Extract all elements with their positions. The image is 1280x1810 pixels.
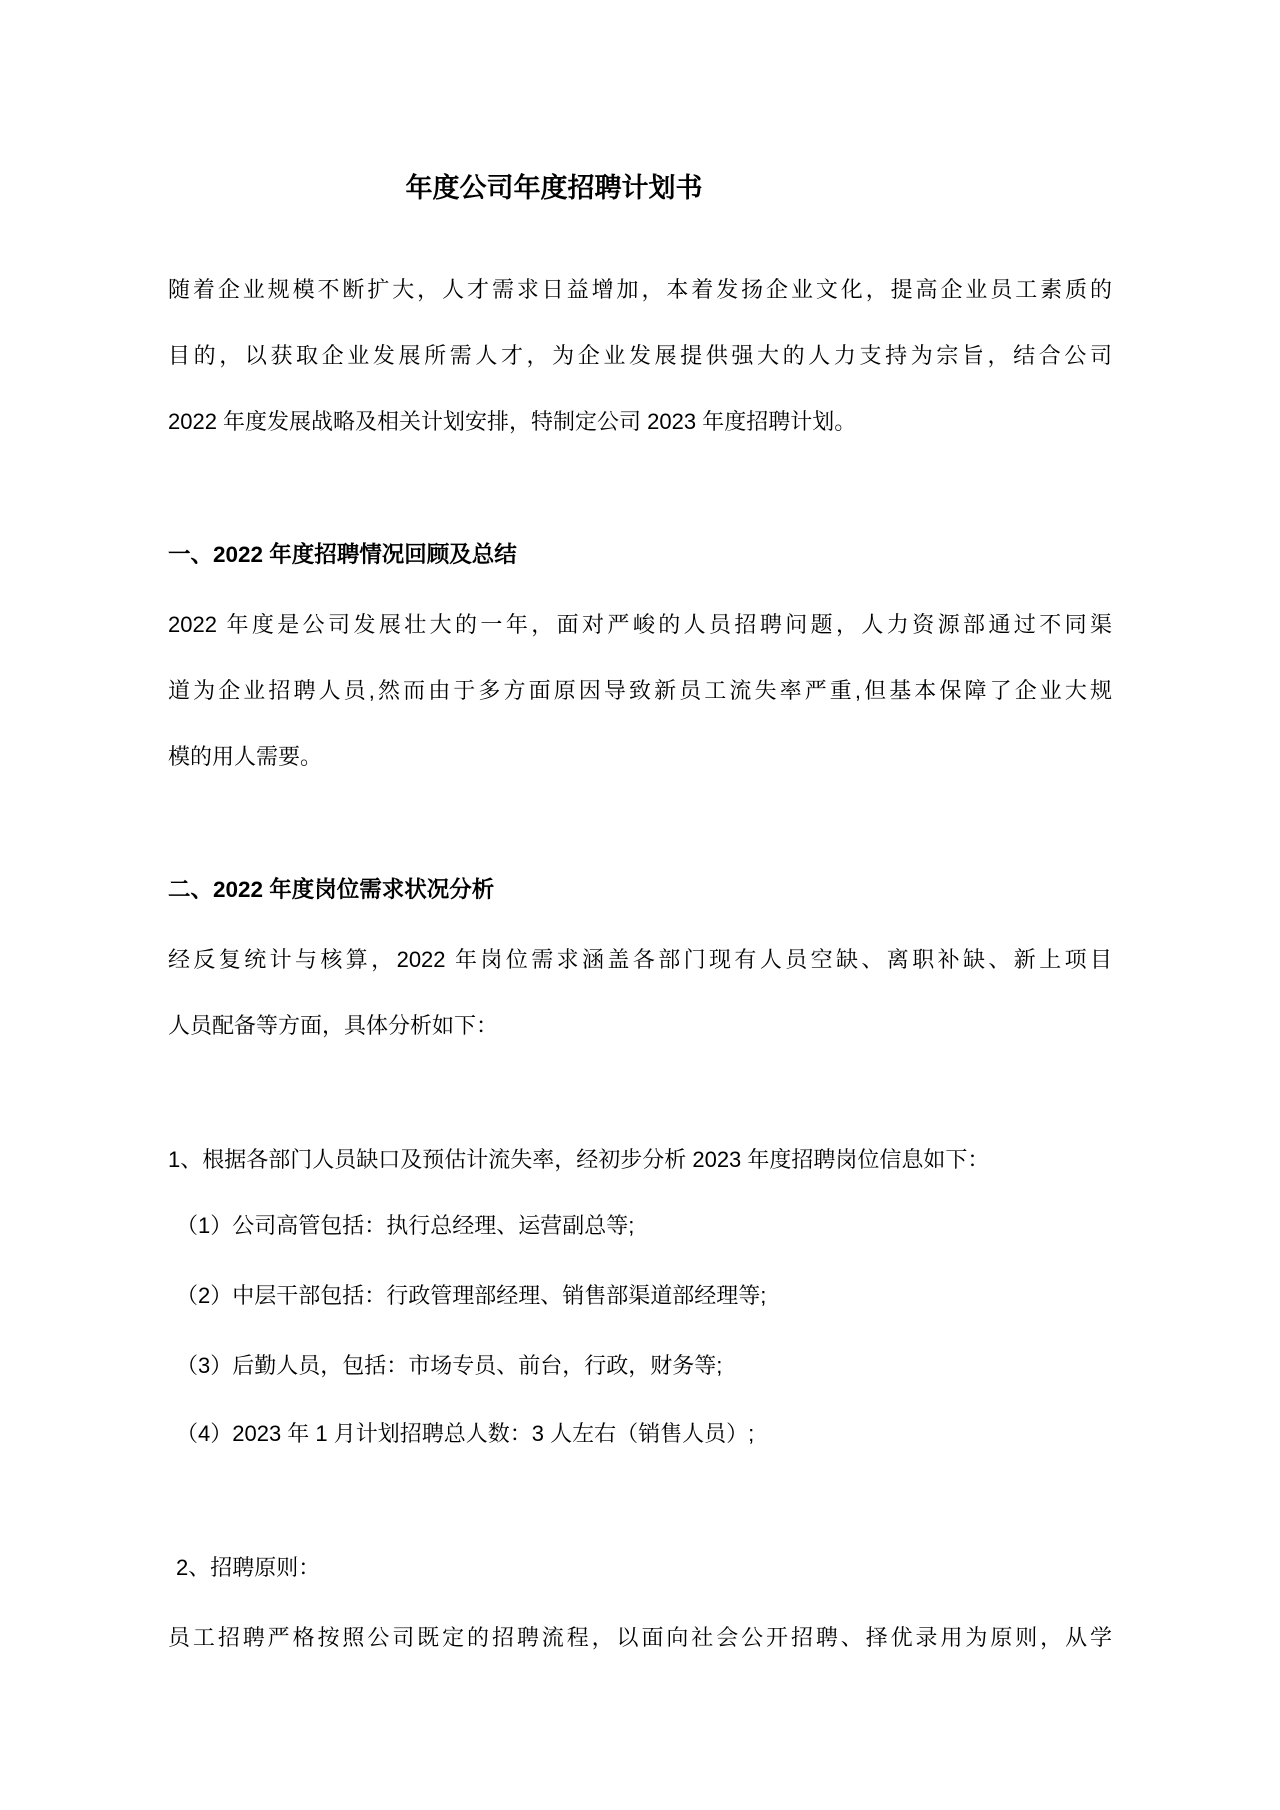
section2-paragraph: 经反复统计与核算，2022 年岗位需求涵盖各部门现有人员空缺、离职补缺、新上项目… [168,927,1112,1059]
intro-paragraph: 随着企业规模不断扩大，人才需求日益增加，本着发扬企业文化，提高企业员工素质的目的… [168,257,1112,455]
list-subitem-3: （3）后勤人员，包括：市场专员、前台，行政，财务等; [168,1333,1112,1399]
closing-paragraph: 员工招聘严格按照公司既定的招聘流程，以面向社会公开招聘、择优录用为原则，从学 [168,1605,1112,1671]
list-item-1: 1、根据各部门人员缺口及预估计流失率，经初步分析 2023 年度招聘岗位信息如下… [168,1127,1112,1193]
text-line: 随着企业规模不断扩大，人才需求日益增加，本着发扬企业文化，提高企业员工素质的 [168,257,1112,323]
text-line: 人员配备等方面，具体分析如下： [168,993,1112,1059]
text-line: 目的，以获取企业发展所需人才，为企业发展提供强大的人力支持为宗旨，结合公司 [168,323,1112,389]
section1-heading-text: 一、2022 年度招聘情况回顾及总结 [168,522,1112,588]
text-line: 经反复统计与核算，2022 年岗位需求涵盖各部门现有人员空缺、离职补缺、新上项目 [168,927,1112,993]
list-item-2-text: 2、招聘原则： [176,1535,1112,1601]
section1-paragraph: 2022 年度是公司发展壮大的一年，面对严峻的人员招聘问题，人力资源部通过不同渠… [168,592,1112,790]
list-subitem-2: （2）中层干部包括：行政管理部经理、销售部渠道部经理等; [168,1263,1112,1329]
section2-heading-text: 二、2022 年度岗位需求状况分析 [168,857,1112,923]
list-subitem-1-text: （1）公司高管包括：执行总经理、运营副总等; [176,1193,1112,1259]
list-item-2: 2、招聘原则： [168,1535,1112,1601]
document-content: 年度公司年度招聘计划书 随着企业规模不断扩大，人才需求日益增加，本着发扬企业文化… [0,0,1280,1671]
list-subitem-1: （1）公司高管包括：执行总经理、运营副总等; [168,1193,1112,1259]
list-subitem-2-text: （2）中层干部包括：行政管理部经理、销售部渠道部经理等; [176,1263,1112,1329]
text-line: 模的用人需要。 [168,724,1112,790]
text-line: 2022 年度是公司发展壮大的一年，面对严峻的人员招聘问题，人力资源部通过不同渠 [168,592,1112,658]
document-title: 年度公司年度招聘计划书 [168,155,940,221]
section2-heading: 二、2022 年度岗位需求状况分析 [168,857,1112,923]
list-item-1-text: 1、根据各部门人员缺口及预估计流失率，经初步分析 2023 年度招聘岗位信息如下… [168,1127,1112,1193]
section1-heading: 一、2022 年度招聘情况回顾及总结 [168,522,1112,588]
text-line: 员工招聘严格按照公司既定的招聘流程，以面向社会公开招聘、择优录用为原则，从学 [168,1605,1112,1671]
list-subitem-4: （4）2023 年 1 月计划招聘总人数：3 人左右（销售人员）; [168,1401,1112,1467]
text-line: 道为企业招聘人员,然而由于多方面原因导致新员工流失率严重,但基本保障了企业大规 [168,658,1112,724]
document-page: 年度公司年度招聘计划书 随着企业规模不断扩大，人才需求日益增加，本着发扬企业文化… [0,0,1280,1810]
list-subitem-3-text: （3）后勤人员，包括：市场专员、前台，行政，财务等; [176,1333,1112,1399]
text-line: 2022 年度发展战略及相关计划安排，特制定公司 2023 年度招聘计划。 [168,389,1112,455]
list-subitem-4-text: （4）2023 年 1 月计划招聘总人数：3 人左右（销售人员）; [176,1401,1112,1467]
